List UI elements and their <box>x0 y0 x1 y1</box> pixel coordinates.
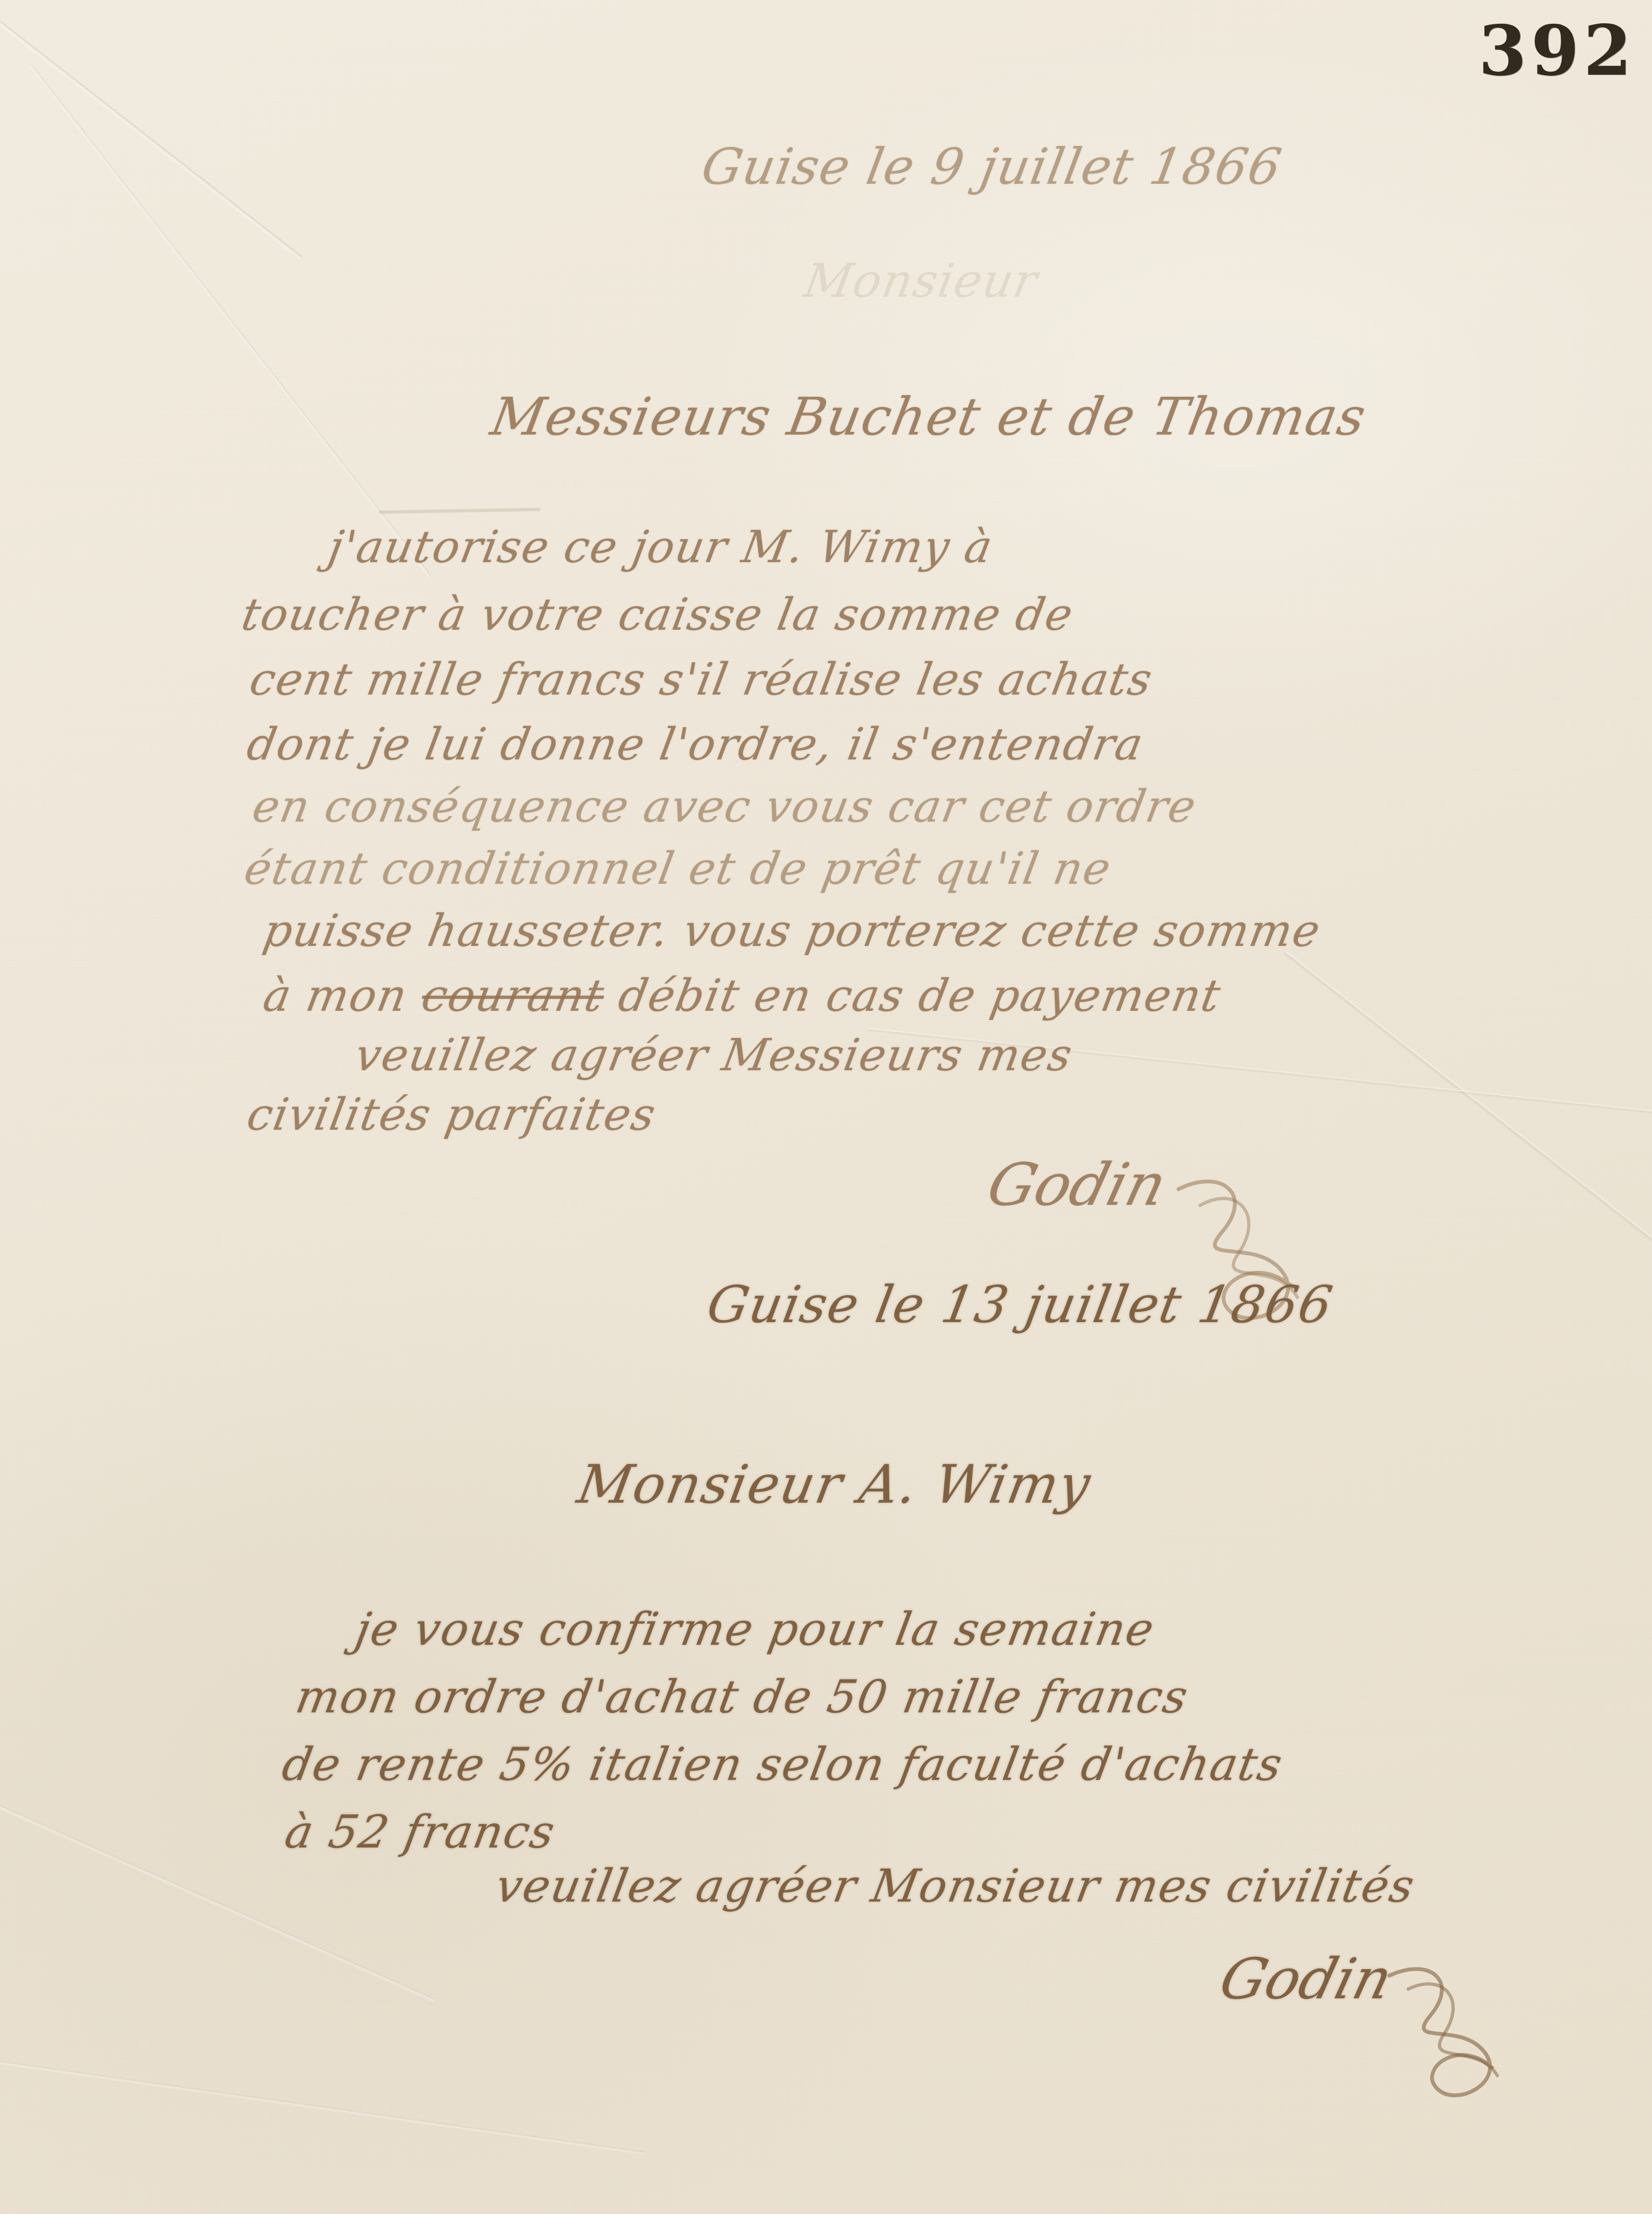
letter1-dateline: Guise le 9 juillet 1866 <box>697 138 1287 196</box>
letter2-body-line: à 52 francs <box>281 1805 559 1858</box>
letter2-signature-block: Godin <box>1222 1946 1391 2012</box>
page-number-stamp: 392 <box>1478 16 1636 85</box>
letter1-body-line: dont je lui donne l'ordre, il s'entendra <box>243 719 1148 770</box>
debit-line-prefix: à mon <box>259 970 427 1022</box>
letter1-body-line: étant conditionnel et de prêt qu'il ne <box>241 843 1115 895</box>
letter1-closing-line: civilités parfaites <box>243 1089 660 1141</box>
letter1-body-line: toucher à votre caisse la somme de <box>238 589 1077 641</box>
letter2-body-line: de rente 5% italien selon faculté d'acha… <box>278 1738 1287 1791</box>
letter1-body-line: cent mille francs s'il réalise les achat… <box>246 654 1157 705</box>
debit-line-struck-word: courant <box>418 970 609 1022</box>
letter1-ghost-bleedthrough: Monsieur <box>800 254 1042 308</box>
letter1-signature-block: Godin <box>989 1151 1165 1219</box>
letter1-body-line: en conséquence avec vous car cet ordre <box>249 781 1201 832</box>
letter1-body-line: j'autorise ce jour M. Wimy à <box>324 522 997 573</box>
letter2-body-line: mon ordre d'achat de 50 mille francs <box>292 1670 1193 1723</box>
letter1-closing-line: veuillez agréer Messieurs mes <box>351 1030 1077 1081</box>
letter2-salutation: Monsieur A. Wimy <box>573 1454 1096 1516</box>
letter1-salutation: Messieurs Buchet et de Thomas <box>487 386 1371 447</box>
debit-line-suffix: débit en cas de payement <box>599 970 1225 1022</box>
letter-page: 392 Guise le 9 juillet 1866 Monsieur Mes… <box>0 0 1652 2214</box>
letter2-closing-line: veuillez agréer Monsieur mes civilités <box>492 1859 1419 1912</box>
paper-crease <box>29 65 432 579</box>
paper-crease <box>0 2054 645 2156</box>
ink-smudge <box>378 508 541 514</box>
letter1-body-line: puisse hausseter. vous porterez cette so… <box>259 905 1325 957</box>
letter1-debit-line: à mon courant débit en cas de payement <box>259 970 1225 1022</box>
paper-crease <box>0 1757 435 2003</box>
signature-flourish <box>1330 1962 1578 2124</box>
letter2-body-line: je vous confirme pour la semaine <box>351 1603 1159 1656</box>
paper-crease <box>0 0 302 261</box>
letter2-dateline: Guise le 13 juillet 1866 <box>703 1276 1337 1335</box>
